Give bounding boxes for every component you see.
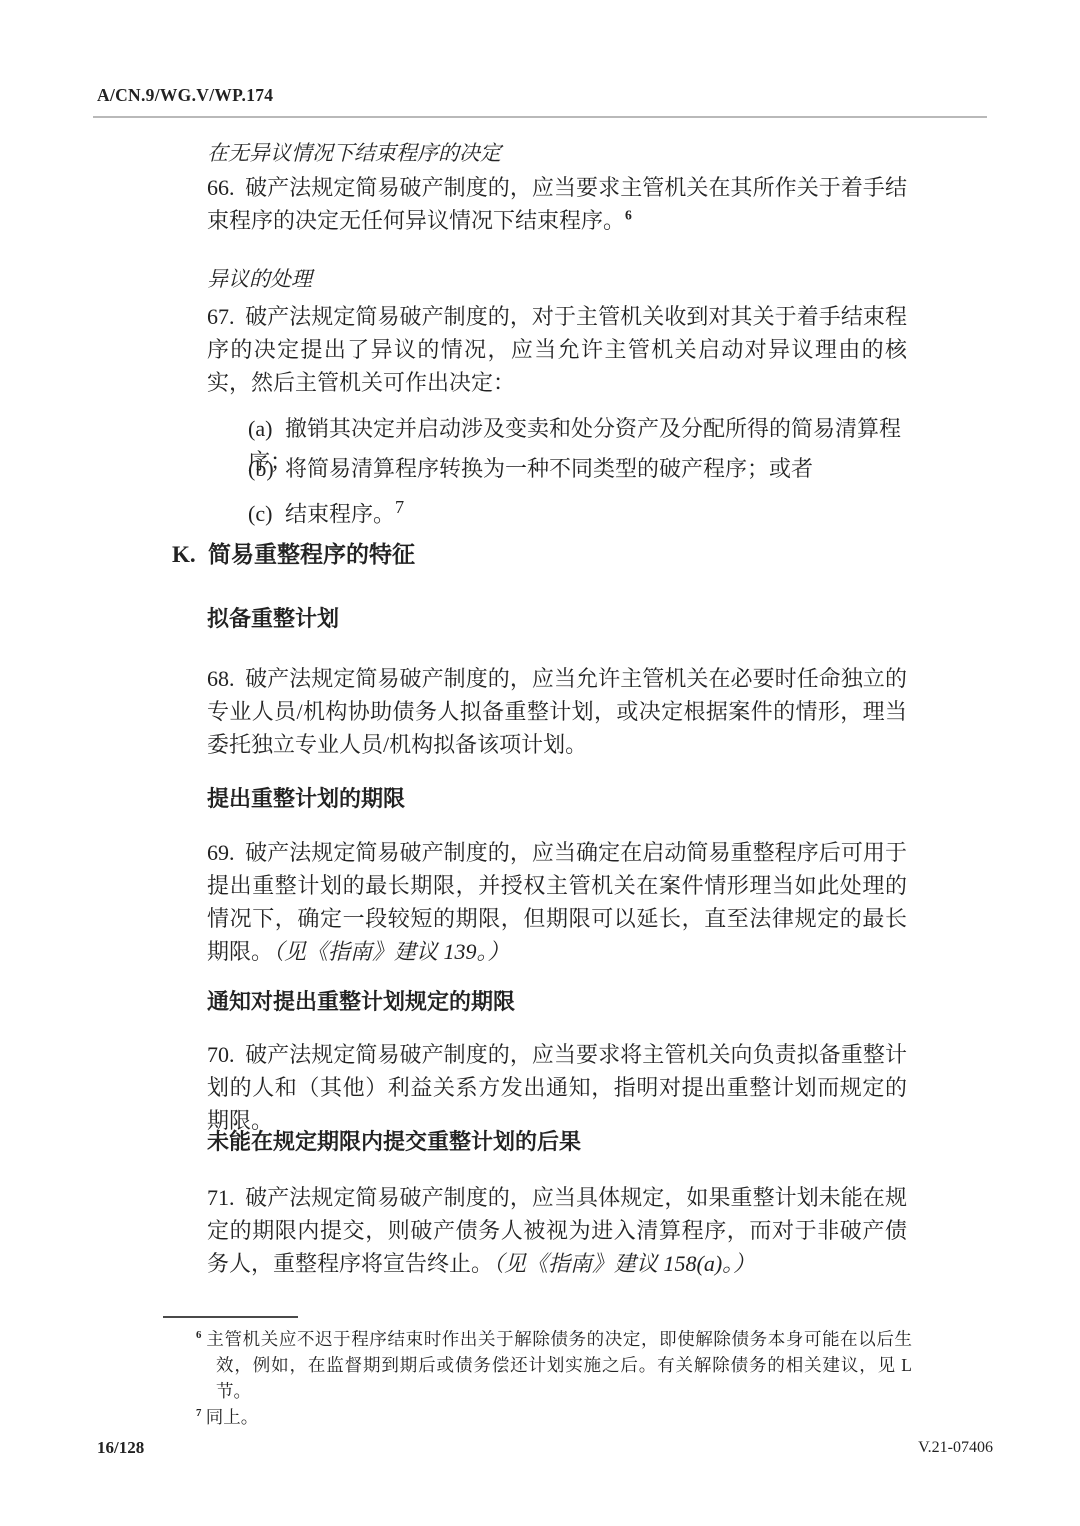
paragraph-number: 67. (207, 300, 245, 333)
paragraph-70: 70.破产法规定简易破产制度的，应当要求将主管机关向负责拟备重整计划的人和（其他… (207, 1038, 907, 1137)
heading-failure-consequences: 未能在规定期限内提交重整计划的后果 (207, 1128, 907, 1155)
footnote-number: 6 (196, 1329, 201, 1341)
heading-objection-handling: 异议的处理 (207, 266, 907, 292)
paragraph-number: 66. (207, 171, 245, 204)
item-text: 结束程序。 (285, 501, 395, 526)
document-page: A/CN.9/WG.V/WP.174 在无异议情况下结束程序的决定 66.破产法… (0, 0, 1080, 1526)
footnote-text: 同上。 (206, 1407, 259, 1427)
footnote-text: 主管机关应不迟于程序结束时作出关于解除债务的决定，即使解除债务本身可能在以后生效… (206, 1329, 912, 1401)
paragraph-68: 68.破产法规定简易破产制度的，应当允许主管机关在必要时任命独立的专业人员/机构… (207, 662, 907, 761)
heading-closure-no-objection: 在无异议情况下结束程序的决定 (207, 140, 907, 166)
header-rule (93, 116, 987, 118)
heading-plan-preparation: 拟备重整计划 (207, 605, 907, 632)
paragraph-71: 71.破产法规定简易破产制度的，应当具体规定，如果重整计划未能在规定的期限内提交… (207, 1181, 907, 1280)
footnote-ref-6: 6 (625, 208, 632, 223)
footnotes: 6 主管机关应不迟于程序结束时作出关于解除债务的决定，即使解除债务本身可能在以后… (196, 1326, 912, 1430)
document-id: V.21-07406 (918, 1439, 993, 1457)
footnote-number: 7 (196, 1407, 201, 1419)
document-symbol: A/CN.9/WG.V/WP.174 (97, 85, 273, 106)
paragraph-text: 破产法规定简易破产制度的，应当要求将主管机关向负责拟备重整计划的人和（其他）利益… (207, 1042, 907, 1133)
item-marker: (a) (248, 412, 285, 445)
page-number: 16/128 (97, 1438, 144, 1458)
section-label: K. (172, 541, 208, 569)
guide-reference: （见《指南》建议 139。） (273, 939, 510, 964)
list-item-b: (b)将简易清算程序转换为一种不同类型的破产程序；或者 (248, 452, 908, 485)
item-text: 将简易清算程序转换为一种不同类型的破产程序；或者 (285, 456, 813, 481)
heading-plan-deadline: 提出重整计划的期限 (207, 785, 907, 812)
paragraph-number: 69. (207, 836, 245, 869)
footnote-separator (163, 1316, 298, 1318)
paragraph-text: 破产法规定简易破产制度的，应当允许主管机关在必要时任命独立的专业人员/机构协助债… (207, 666, 907, 757)
paragraph-69: 69.破产法规定简易破产制度的，应当确定在启动简易重整程序后可用于提出重整计划的… (207, 836, 907, 968)
paragraph-number: 68. (207, 662, 245, 695)
heading-notice-deadline: 通知对提出重整计划规定的期限 (207, 988, 907, 1015)
section-k-heading: K.简易重整程序的特征 (172, 541, 908, 569)
paragraph-66: 66.破产法规定简易破产制度的，应当要求主管机关在其所作关于着手结束程序的决定无… (207, 171, 907, 237)
section-title: 简易重整程序的特征 (208, 542, 415, 567)
paragraph-text: 破产法规定简易破产制度的，对于主管机关收到对其关于着手结束程序的决定提出了异议的… (207, 304, 907, 395)
item-marker: (b) (248, 452, 285, 485)
list-item-c: (c)结束程序。7 (248, 491, 908, 530)
paragraph-number: 71. (207, 1181, 245, 1214)
guide-reference: （见《指南》建议 158(a)。） (493, 1251, 755, 1276)
item-marker: (c) (248, 497, 285, 530)
footnote-ref-7: 7 (395, 497, 404, 517)
footnote-6: 6 主管机关应不迟于程序结束时作出关于解除债务的决定，即使解除债务本身可能在以后… (196, 1326, 912, 1404)
paragraph-number: 70. (207, 1038, 245, 1071)
footnote-7: 7 同上。 (196, 1404, 912, 1430)
paragraph-67: 67.破产法规定简易破产制度的，对于主管机关收到对其关于着手结束程序的决定提出了… (207, 300, 907, 399)
paragraph-text: 破产法规定简易破产制度的，应当要求主管机关在其所作关于着手结束程序的决定无任何异… (207, 175, 907, 233)
